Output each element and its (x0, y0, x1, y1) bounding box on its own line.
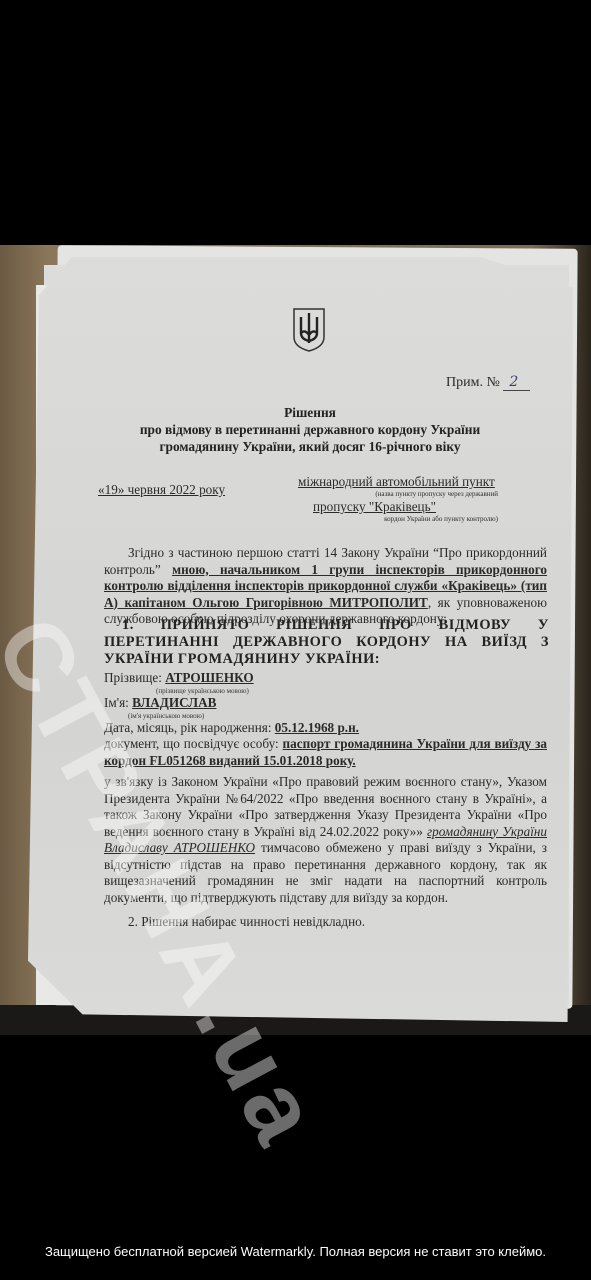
watermark-notice: Защищено бесплатной версией Watermarkly.… (0, 1244, 591, 1259)
surname-caption: (прізвище українською мовою) (156, 687, 249, 695)
handwritten-number: 2 (503, 374, 530, 391)
trident-emblem-icon (292, 307, 326, 352)
name-field: Ім'я: ВЛАДИСЛАВ (104, 695, 216, 711)
birthdate-field: Дата, місяць, рік народження: 05.12.1968… (104, 720, 359, 736)
identity-document-field: документ, що посвідчує особу: паспорт гр… (104, 736, 547, 769)
registration-number: Прим. № 2 (446, 374, 530, 391)
checkpoint-name: міжнародний автомобільний пункт (назва п… (298, 474, 498, 524)
intro-paragraph: Згідно з частиною першою статті 14 Закон… (104, 545, 547, 628)
name-caption: (ім'я українською мовою) (128, 712, 204, 720)
point-2: 2. Рішення набирає чинності невідкладно. (128, 914, 365, 930)
decision-heading: 1. ПРИЙНЯТО РІШЕННЯ ПРО ВІДМОВУ У ПЕРЕТИ… (104, 617, 549, 668)
basis-paragraph: у зв'язку із Законом України «Про правов… (104, 774, 547, 906)
surname-field: Прізвище: АТРОШЕНКО (104, 670, 254, 686)
document-title: Рішення про відмову в перетинанні держав… (60, 404, 560, 455)
document-date: «19» червня 2022 року (98, 482, 225, 498)
